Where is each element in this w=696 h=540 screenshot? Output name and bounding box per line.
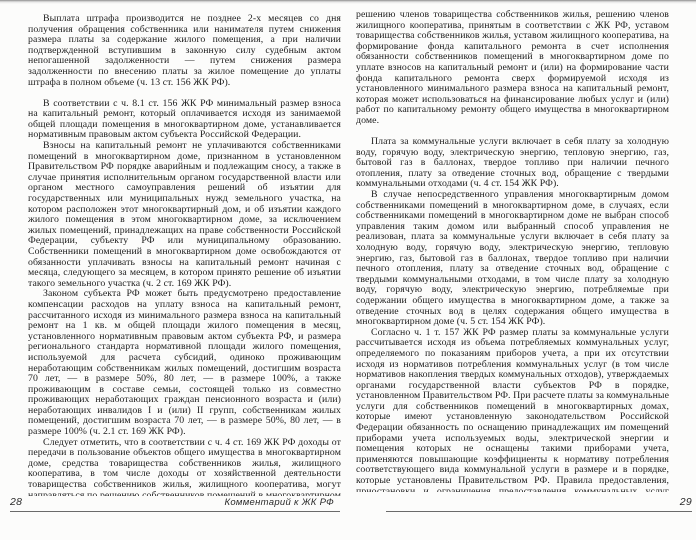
paragraph: решению членов товарищества собственнико…: [356, 10, 669, 127]
footer-right: 29: [386, 496, 692, 512]
paragraph: В случае непосредственного управления мн…: [356, 190, 669, 328]
scan-edge-top: [0, 0, 696, 4]
page-number-left: 28: [10, 496, 22, 508]
footer-left: 28 Комментарий к ЖК РФ: [10, 496, 340, 512]
paragraph: Плата за коммунальные услуги включает в …: [356, 137, 669, 190]
page-left: Выплата штрафа производится не позднее 2…: [28, 14, 341, 496]
page-number-right: 29: [680, 496, 692, 508]
running-title: Комментарий к ЖК РФ: [224, 497, 340, 508]
paragraph: Согласно ч. 1 т. 157 ЖК РФ размер платы …: [356, 328, 669, 492]
page-right: решению членов товарищества собственнико…: [356, 10, 669, 492]
paragraph: Законом субъекта РФ может быть предусмот…: [28, 289, 341, 437]
paragraph: Выплата штрафа производится не позднее 2…: [28, 14, 341, 88]
paragraph: В соответствии с ч. 8.1 ст. 156 ЖК РФ ми…: [28, 99, 341, 141]
paragraph: Взносы на капитальный ремонт не уплачива…: [28, 141, 341, 289]
paragraph: Следует отметить, что в соответствии с ч…: [28, 438, 341, 496]
book-spread: Выплата штрафа производится не позднее 2…: [0, 0, 696, 540]
